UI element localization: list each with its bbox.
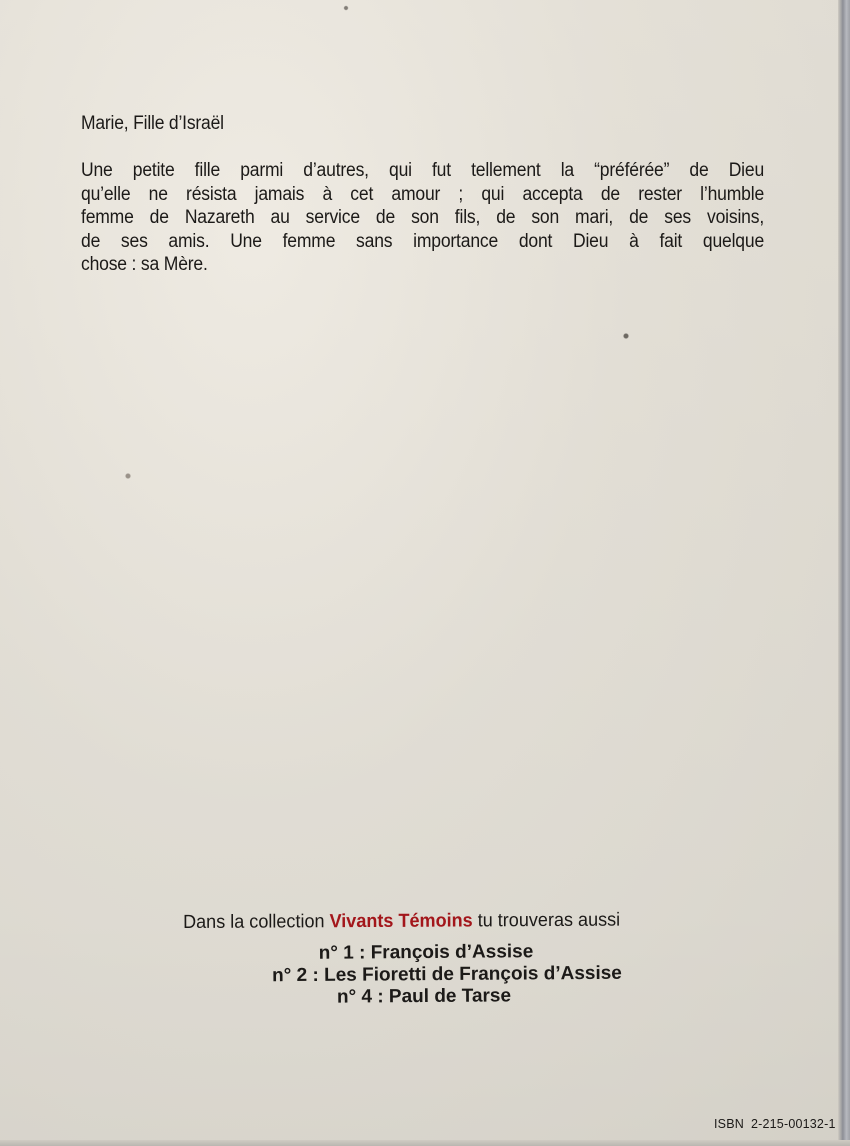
collection-name: Vivants Témoins	[329, 910, 472, 932]
blurb-line: qu’elle ne résista jamais à cet amour ; …	[81, 183, 764, 207]
isbn-value: 2-215-00132-1	[751, 1117, 836, 1131]
blurb-line: de ses amis. Une femme sans importance d…	[81, 230, 764, 254]
book-list: n° 1 : François d’Assise n° 2 : Les Fior…	[0, 942, 850, 1008]
isbn-label: ISBN	[714, 1117, 744, 1131]
blurb-line: Une petite fille parmi d’autres, qui fut…	[81, 159, 764, 183]
blurb-line: chose : sa Mère.	[81, 253, 764, 277]
book-title: Marie, Fille d’Israël	[81, 113, 224, 135]
book-list-item: n° 4 : Paul de Tarse	[0, 983, 849, 1011]
isbn: ISBN2-215-00132-1	[714, 1117, 836, 1131]
collection-prefix: Dans la collection	[183, 911, 325, 933]
blurb-line: femme de Nazareth au service de son fils…	[81, 206, 764, 230]
collection-line: Dans la collection Vivants Témoins tu tr…	[183, 910, 620, 934]
cover-bottom-edge	[0, 1140, 850, 1146]
blurb-paragraph: Une petite fille parmi d’autres, qui fut…	[81, 159, 764, 277]
collection-suffix: tu trouveras aussi	[478, 910, 621, 932]
